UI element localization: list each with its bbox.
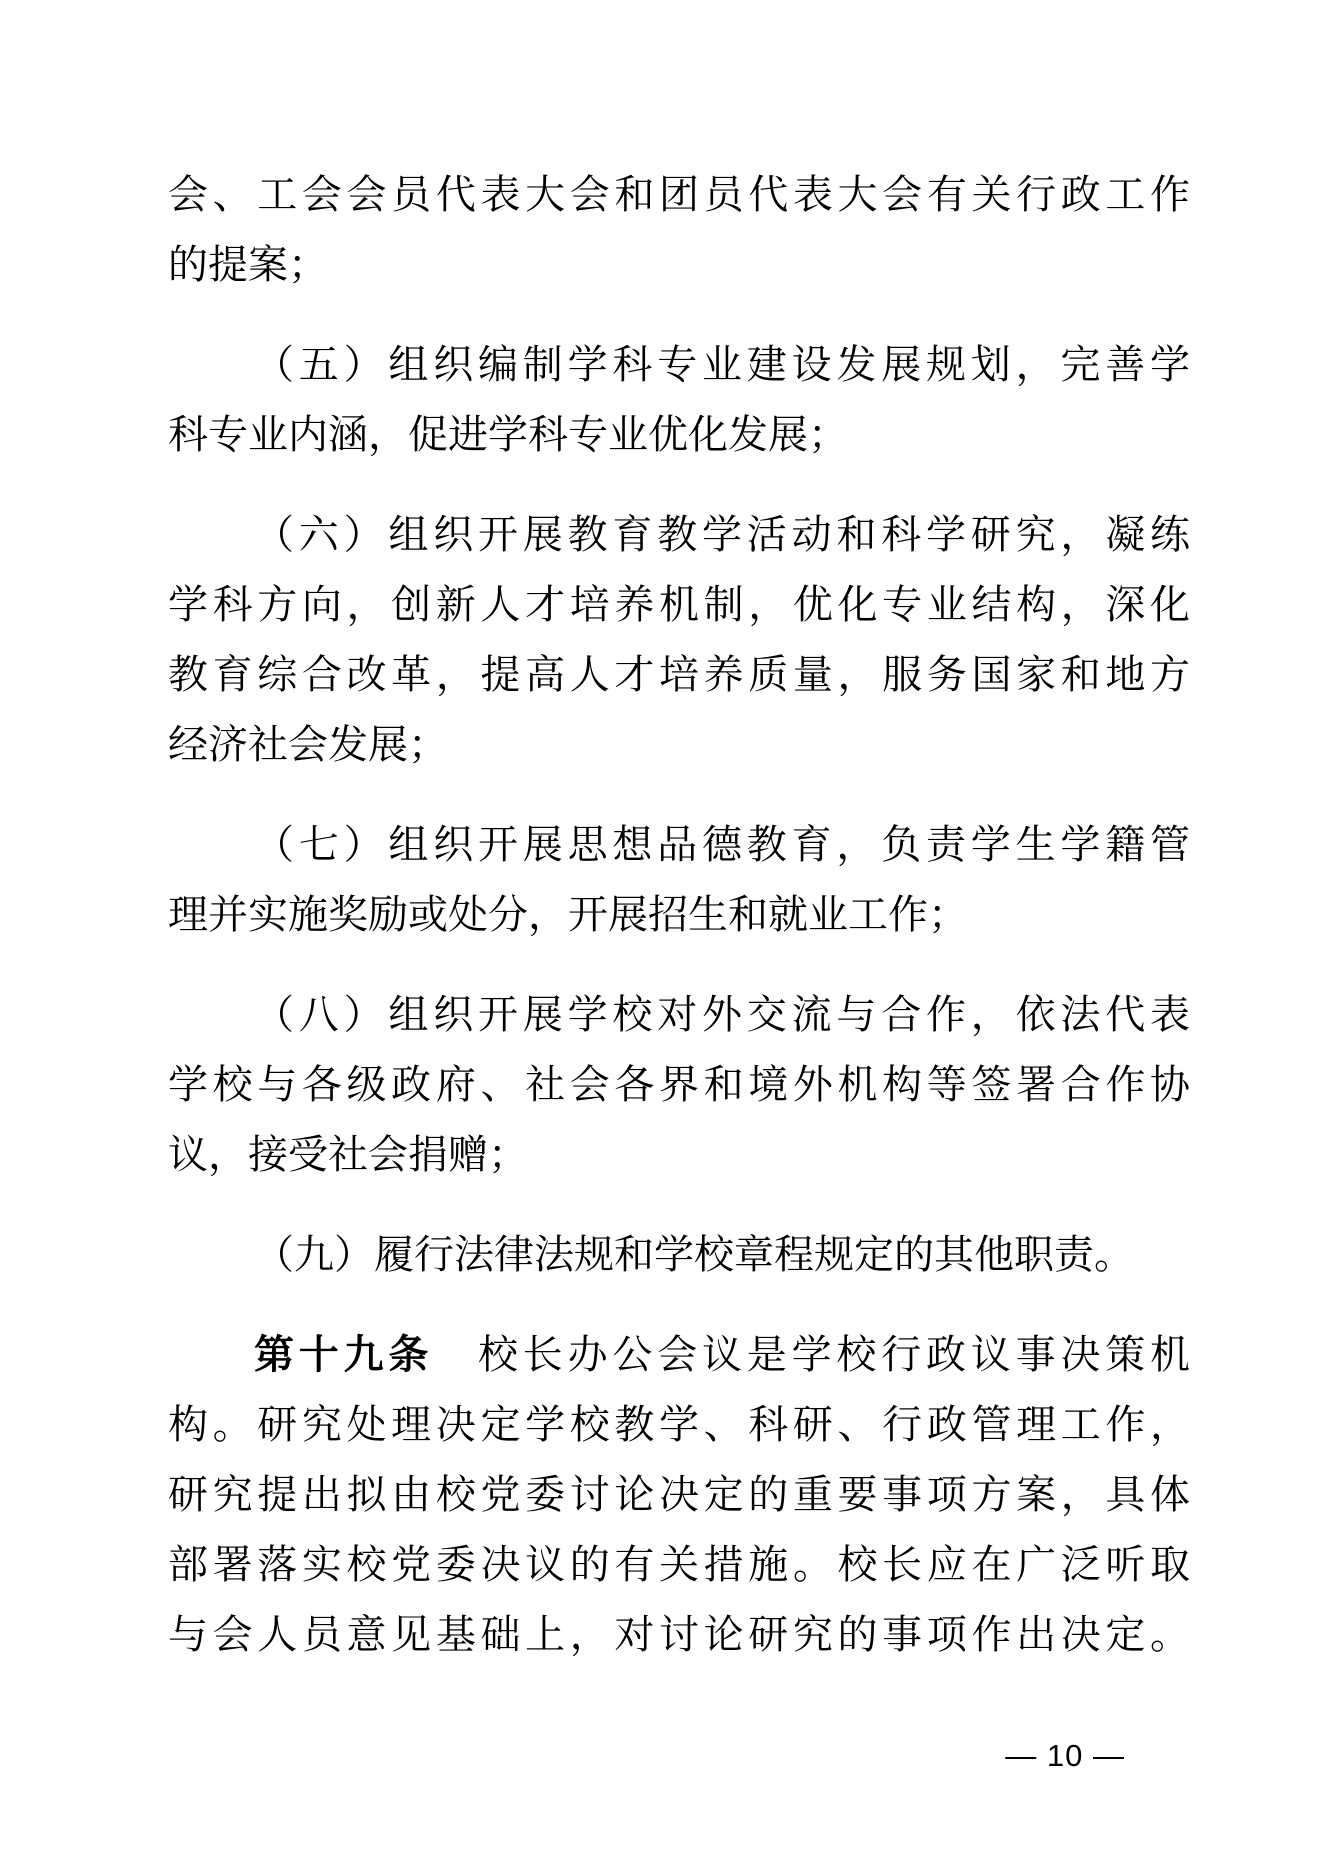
paragraph: （五）组织编制学科专业建设发展规划，完善学科专业内涵，促进学科专业优化发展；	[168, 330, 1190, 470]
text-line: 议，接受社会捐赠；	[168, 1120, 1190, 1190]
text-line: 科专业内涵，促进学科专业优化发展；	[168, 400, 1190, 470]
text-line: 研究提出拟由校党委讨论决定的重要事项方案，具体	[168, 1460, 1190, 1530]
text-line: 教育综合改革，提高人才培养质量，服务国家和地方	[168, 640, 1190, 710]
text-line: （九）履行法律法规和学校章程规定的其他职责。	[168, 1220, 1190, 1290]
document-page: 会、工会会员代表大会和团员代表大会有关行政工作的提案；（五）组织编制学科专业建设…	[0, 0, 1323, 1871]
text-line: （八）组织开展学校对外交流与合作，依法代表	[168, 980, 1190, 1050]
text-line: 部署落实校党委决议的有关措施。校长应在广泛听取	[168, 1530, 1190, 1600]
paragraph: （九）履行法律法规和学校章程规定的其他职责。	[168, 1220, 1190, 1290]
text-line: 学校与各级政府、社会各界和境外机构等签署合作协	[168, 1050, 1190, 1120]
paragraph: （八）组织开展学校对外交流与合作，依法代表学校与各级政府、社会各界和境外机构等签…	[168, 980, 1190, 1190]
text-line: 第十九条 校长办公会议是学校行政议事决策机	[168, 1320, 1190, 1390]
text-line: 会、工会会员代表大会和团员代表大会有关行政工作	[168, 160, 1190, 230]
page-number: — 10 —	[1005, 1738, 1125, 1774]
text-line: 的提案；	[168, 230, 1190, 300]
text-line: 构。研究处理决定学校教学、科研、行政管理工作，	[168, 1390, 1190, 1460]
text-line: 经济社会发展；	[168, 710, 1190, 780]
paragraph: （六）组织开展教育教学活动和科学研究，凝练学科方向，创新人才培养机制，优化专业结…	[168, 500, 1190, 780]
text-line: 与会人员意见基础上，对讨论研究的事项作出决定。	[168, 1600, 1190, 1670]
paragraph: 会、工会会员代表大会和团员代表大会有关行政工作的提案；	[168, 160, 1190, 300]
paragraph: （七）组织开展思想品德教育，负责学生学籍管理并实施奖励或处分，开展招生和就业工作…	[168, 810, 1190, 950]
paragraph: 第十九条 校长办公会议是学校行政议事决策机构。研究处理决定学校教学、科研、行政管…	[168, 1320, 1190, 1670]
text-line: 学科方向，创新人才培养机制，优化专业结构，深化	[168, 570, 1190, 640]
article-text: 校长办公会议是学校行政议事决策机	[433, 1332, 1190, 1377]
article-number-bold: 第十九条	[254, 1332, 433, 1377]
document-body: 会、工会会员代表大会和团员代表大会有关行政工作的提案；（五）组织编制学科专业建设…	[168, 160, 1190, 1700]
text-line: 理并实施奖励或处分，开展招生和就业工作；	[168, 880, 1190, 950]
text-line: （六）组织开展教育教学活动和科学研究，凝练	[168, 500, 1190, 570]
text-line: （七）组织开展思想品德教育，负责学生学籍管	[168, 810, 1190, 880]
text-line: （五）组织编制学科专业建设发展规划，完善学	[168, 330, 1190, 400]
